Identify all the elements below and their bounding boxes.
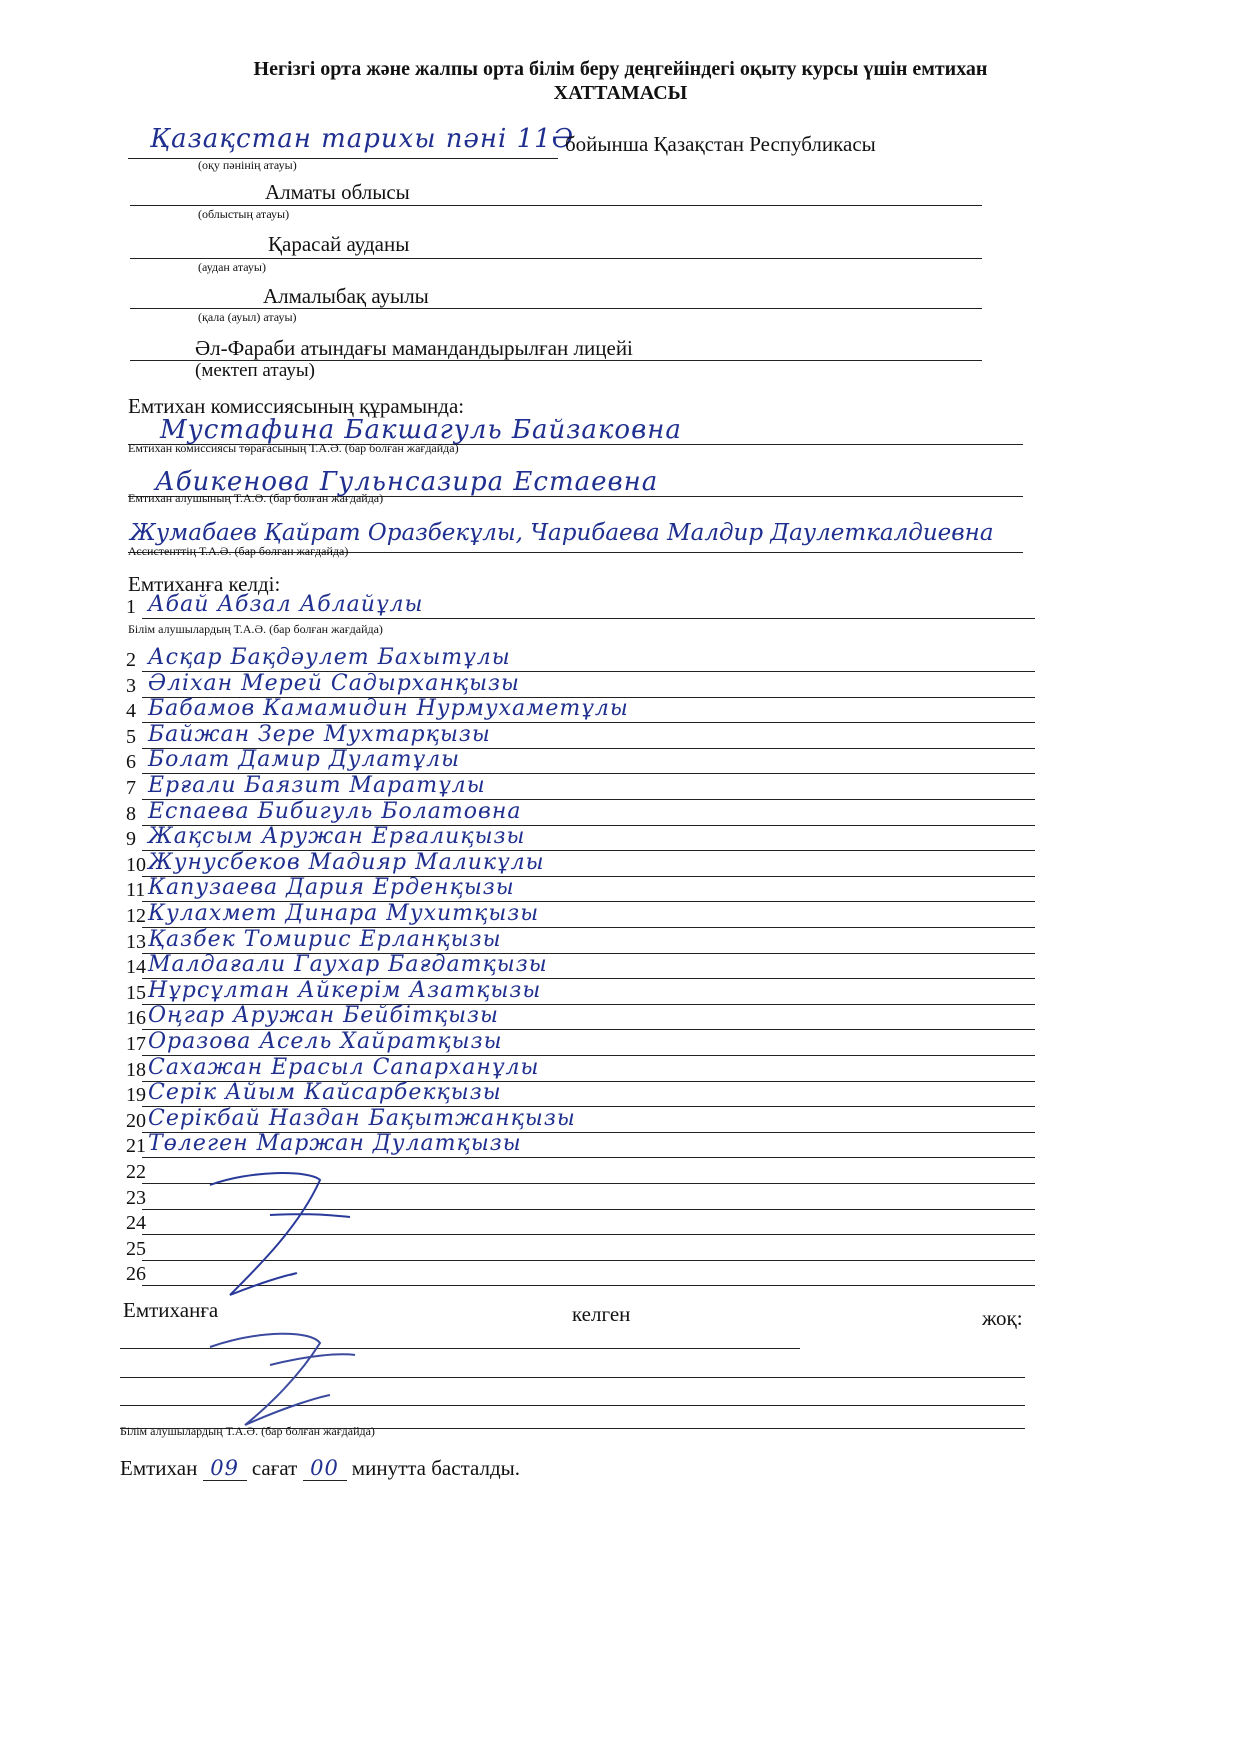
student-name: Капузаева Дария Ерденқызы [148,875,515,900]
student-number: 6 [126,751,136,774]
absent-caption: Білім алушылардың Т.А.Ә. (бар болған жағ… [120,1424,375,1439]
student-name: Болат Дамир Дулатұлы [148,747,460,772]
strike-scribble-icon [190,1165,370,1305]
student-number: 14 [126,956,146,979]
school-caption: (мектеп атауы) [195,360,315,382]
assistant-caption: Ассистенттің Т.А.Ә. (бар болған жағдайда… [128,544,348,559]
student-name: Оңгар Аружан Бейбітқызы [148,1003,499,1028]
student-row: 2Асқар Бақдәулет Бахытұлы [120,647,1035,673]
student-name: Нұрсұлтан Айкерім Азатқызы [148,978,541,1003]
student-number: 16 [126,1007,146,1030]
student-number: 1 [126,596,136,619]
subject-value: Қазақстан тарихы пәні 11Ә [150,124,574,154]
region-caption: (облыстың атауы) [198,207,289,222]
student-row: 17Оразова Асель Хайратқызы [120,1031,1035,1057]
student-name: Асқар Бақдәулет Бахытұлы [148,645,511,670]
student-name: Бабамов Камамидин Нурмухаметұлы [148,696,629,721]
village-caption: (қала (ауыл) атауы) [198,310,297,325]
document-title: Негізгі орта және жалпы орта білім беру … [0,58,1241,81]
subject-caption: (оқу пәнінің атауы) [198,158,297,173]
student-row: 9Жақсым Аружан Ерғалиқызы [120,826,1035,852]
student-row: 5Байжан Зере Мухтарқызы [120,724,1035,750]
student-name: Ерғали Баязит Маратұлы [148,773,486,798]
student-number: 21 [126,1135,146,1158]
student-row: 18Сахажан Ерасыл Сапарханұлы [120,1057,1035,1083]
district-caption: (аудан атауы) [198,260,266,275]
student-name: Әліхан Мерей Садырханқызы [148,671,520,696]
start-line: Емтихан 09 сағат 00 минутта басталды. [120,1456,520,1481]
absent-label-mid: келген [572,1302,630,1327]
student-row: 8Еспаева Бибигуль Болатовна [120,801,1035,827]
absent-label-right: жоқ: [982,1306,1023,1331]
student-number: 4 [126,700,136,723]
student-name: Сахажан Ерасыл Сапарханұлы [148,1055,539,1080]
absent-label-left: Емтиханға [123,1298,218,1323]
region-value: Алматы облысы [265,180,410,205]
student-name: Оразова Асель Хайратқызы [148,1029,503,1054]
student-row: 15Нұрсұлтан Айкерім Азатқызы [120,980,1035,1006]
student-row: 16Оңгар Аружан Бейбітқызы [120,1005,1035,1031]
student-row: 11Капузаева Дария Ерденқызы [120,877,1035,903]
student-name: Еспаева Бибигуль Болатовна [148,799,521,824]
student-number: 23 [126,1187,146,1210]
student-number: 24 [126,1212,146,1235]
absent-scribble-icon [200,1325,380,1435]
student-number: 8 [126,803,136,826]
chair-caption: Емтихан комиссиясы төрағасының Т.А.Ә. (б… [128,441,459,456]
student-row: 20Серікбай Наздан Бақытжанқызы [120,1108,1035,1134]
student-number: 20 [126,1110,146,1133]
student-name: Қазбек Томирис Ерланқызы [148,927,502,952]
student-row: 19Серік Айым Кайсарбекқызы [120,1082,1035,1108]
student-number: 7 [126,777,136,800]
student-number: 3 [126,675,136,698]
students-caption: Білім алушылардың Т.А.Ә. (бар болған жағ… [128,622,383,637]
student-number: 17 [126,1033,146,1056]
student-row: 12Кулахмет Динара Мухитқызы [120,903,1035,929]
student-name: Кулахмет Динара Мухитқызы [148,901,539,926]
student-number: 10 [126,854,146,877]
student-number: 22 [126,1161,146,1184]
student-number: 19 [126,1084,146,1107]
student-row: 4Бабамов Камамидин Нурмухаметұлы [120,698,1035,724]
student-number: 5 [126,726,136,749]
student-row: 21Төлеген Маржан Дулатқызы [120,1133,1035,1159]
start-hour: 09 [203,1456,247,1481]
student-name: Төлеген Маржан Дулатқызы [148,1131,522,1156]
village-value: Алмалыбақ ауылы [263,284,429,309]
student-row: 10Жунусбеков Мадияр Маликұлы [120,852,1035,878]
student-name: Байжан Зере Мухтарқызы [148,722,491,747]
student-row: 1Абай Абзал Аблайұлы [120,594,1035,620]
school-value: Әл-Фараби атындағы мамандандырылған лице… [195,336,633,361]
document-subtitle: ХАТТАМАСЫ [0,82,1241,105]
student-name: Серікбай Наздан Бақытжанқызы [148,1106,576,1131]
student-name: Жақсым Аружан Ерғалиқызы [148,824,525,849]
student-number: 15 [126,982,146,1005]
student-number: 25 [126,1238,146,1261]
student-name: Малдағали Гаухар Бағдатқызы [148,952,548,977]
student-row: 7Ерғали Баязит Маратұлы [120,775,1035,801]
student-number: 13 [126,931,146,954]
student-row: 13Қазбек Томирис Ерланқызы [120,929,1035,955]
start-minute: 00 [303,1456,347,1481]
student-number: 18 [126,1059,146,1082]
subject-suffix: бойынша Қазақстан Республикасы [565,132,876,157]
student-row: 14Малдағали Гаухар Бағдатқызы [120,954,1035,980]
student-number: 2 [126,649,136,672]
examiner-caption: Емтихан алушының Т.А.Ә. (бар болған жағд… [128,491,383,506]
student-number: 11 [126,879,145,902]
student-row: 6Болат Дамир Дулатұлы [120,749,1035,775]
student-number: 12 [126,905,146,928]
start-prefix: Емтихан [120,1456,197,1480]
start-hour-label: сағат [252,1456,297,1480]
student-row: 3Әліхан Мерей Садырханқызы [120,673,1035,699]
assistant-value: Жумабаев Қайрат Оразбекұлы, Чарибаева Ма… [130,520,994,546]
student-number: 26 [126,1263,146,1286]
student-name: Абай Абзал Аблайұлы [148,592,423,617]
student-name: Серік Айым Кайсарбекқызы [148,1080,502,1105]
student-name: Жунусбеков Мадияр Маликұлы [148,850,545,875]
student-number: 9 [126,828,136,851]
start-suffix: минутта басталды. [352,1456,520,1480]
district-value: Қарасай ауданы [268,232,409,257]
